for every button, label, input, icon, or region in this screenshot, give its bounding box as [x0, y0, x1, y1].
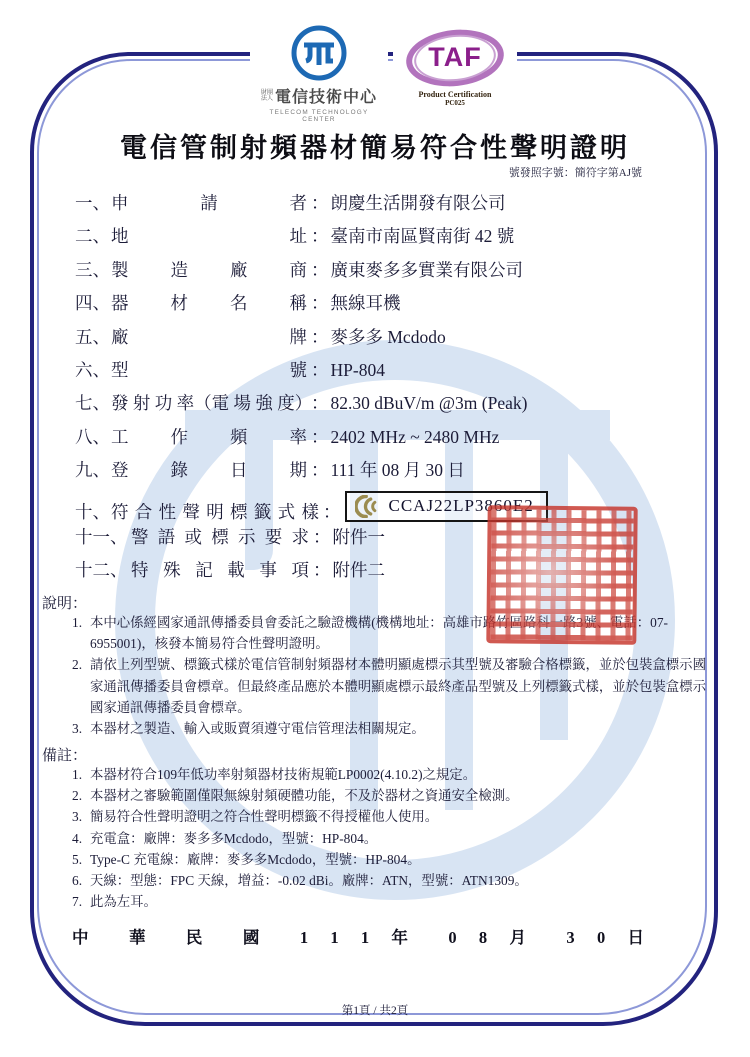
- ttc-name-en: TELECOM TECHNOLOGY CENTER: [254, 109, 384, 123]
- remarks-note: 7. 此為左耳。: [72, 891, 712, 912]
- taf-logo: TAF Product Certification PC025: [393, 30, 517, 107]
- certificate-number: 號發照字號：簡符字第AJ號: [509, 164, 642, 180]
- item-address: 二、 地 址 ： 臺南市南區賢南街 42 號: [75, 223, 695, 256]
- taf-caption: Product Certification: [395, 90, 515, 99]
- explanation-heading: 說明：: [42, 592, 87, 613]
- ttc-logo: 財團 法人 電信技術中心 TELECOM TECHNOLOGY CENTER: [250, 24, 388, 125]
- certification-seal: [486, 505, 637, 645]
- item-manufacturer: 三、 製 造 廠 商 ： 廣東麥多多實業有限公司: [75, 257, 695, 290]
- explanation-note: 2. 請依上列型號、標籤式樣於電信管制射頻器材本體明顯處標示其型號及審驗合格標籤…: [72, 654, 712, 718]
- certificate-page: 財團 法人 電信技術中心 TELECOM TECHNOLOGY CENTER T…: [0, 0, 750, 1057]
- item-frequency: 八、 工 作 頻 率 ： 2402 MHz ~ 2480 MHz: [75, 424, 695, 457]
- ttc-name-zh: 電信技術中心: [275, 84, 377, 107]
- taf-code: PC025: [395, 99, 515, 107]
- remarks-note: 6. 天線：型態：FPC 天線，增益：-0.02 dBi。廠牌：ATN，型號：A…: [72, 870, 712, 891]
- taf-oval-icon: TAF: [406, 30, 504, 86]
- ncc-wave-icon: [355, 495, 379, 518]
- page-number: 第1頁 / 共2頁: [0, 1002, 750, 1018]
- item-model: 六、 型 號 ： HP-804: [75, 357, 695, 390]
- ttc-org-prefix: 財團 法人: [261, 90, 273, 102]
- explanation-note: 3. 本器材之製造、輸入或販賣須遵守電信管理法相關規定。: [72, 718, 712, 739]
- remarks-note: 1. 本器材符合109年低功率射頻器材技術規範LP0002(4.10.2)之規定…: [72, 764, 712, 785]
- seal-pattern: [486, 505, 637, 645]
- item-registration-date: 九、 登 錄 日 期 ： 111 年 08 月 30 日: [75, 457, 695, 490]
- certificate-title: 電信管制射頻器材簡易符合性聲明證明: [0, 126, 750, 165]
- taf-acronym: TAF: [406, 42, 504, 73]
- remarks-note: 2. 本器材之審驗範圍僅限無線射頻硬體功能，不及於器材之資通安全檢測。: [72, 785, 712, 806]
- item-applicant: 一、 申 請 者 ： 朗慶生活開發有限公司: [75, 190, 695, 223]
- remarks-notes: 1. 本器材符合109年低功率射頻器材技術規範LP0002(4.10.2)之規定…: [72, 764, 712, 912]
- remarks-note: 5. Type-C 充電線：廠牌：麥多多Mcdodo，型號：HP-804。: [72, 849, 712, 870]
- remarks-heading: 備註：: [42, 744, 87, 765]
- remarks-note: 3. 簡易符合性聲明證明之符合性聲明標籤不得授權他人使用。: [72, 806, 712, 827]
- item-equipment-name: 四、 器 材 名 稱 ： 無線耳機: [75, 290, 695, 323]
- item-tx-power: 七、 發 射 功 率（電 場 強 度） ： 82.30 dBuV/m @3m (…: [75, 390, 695, 423]
- remarks-note: 4. 充電盒：廠牌：麥多多Mcdodo，型號：HP-804。: [72, 828, 712, 849]
- item-brand: 五、 廠 牌 ： 麥多多 Mcdodo: [75, 324, 695, 357]
- ttc-circle-icon: [290, 24, 348, 82]
- roc-date-line: 中 華 民 國 1 1 1 年 0 8 月 3 0 日: [72, 924, 644, 948]
